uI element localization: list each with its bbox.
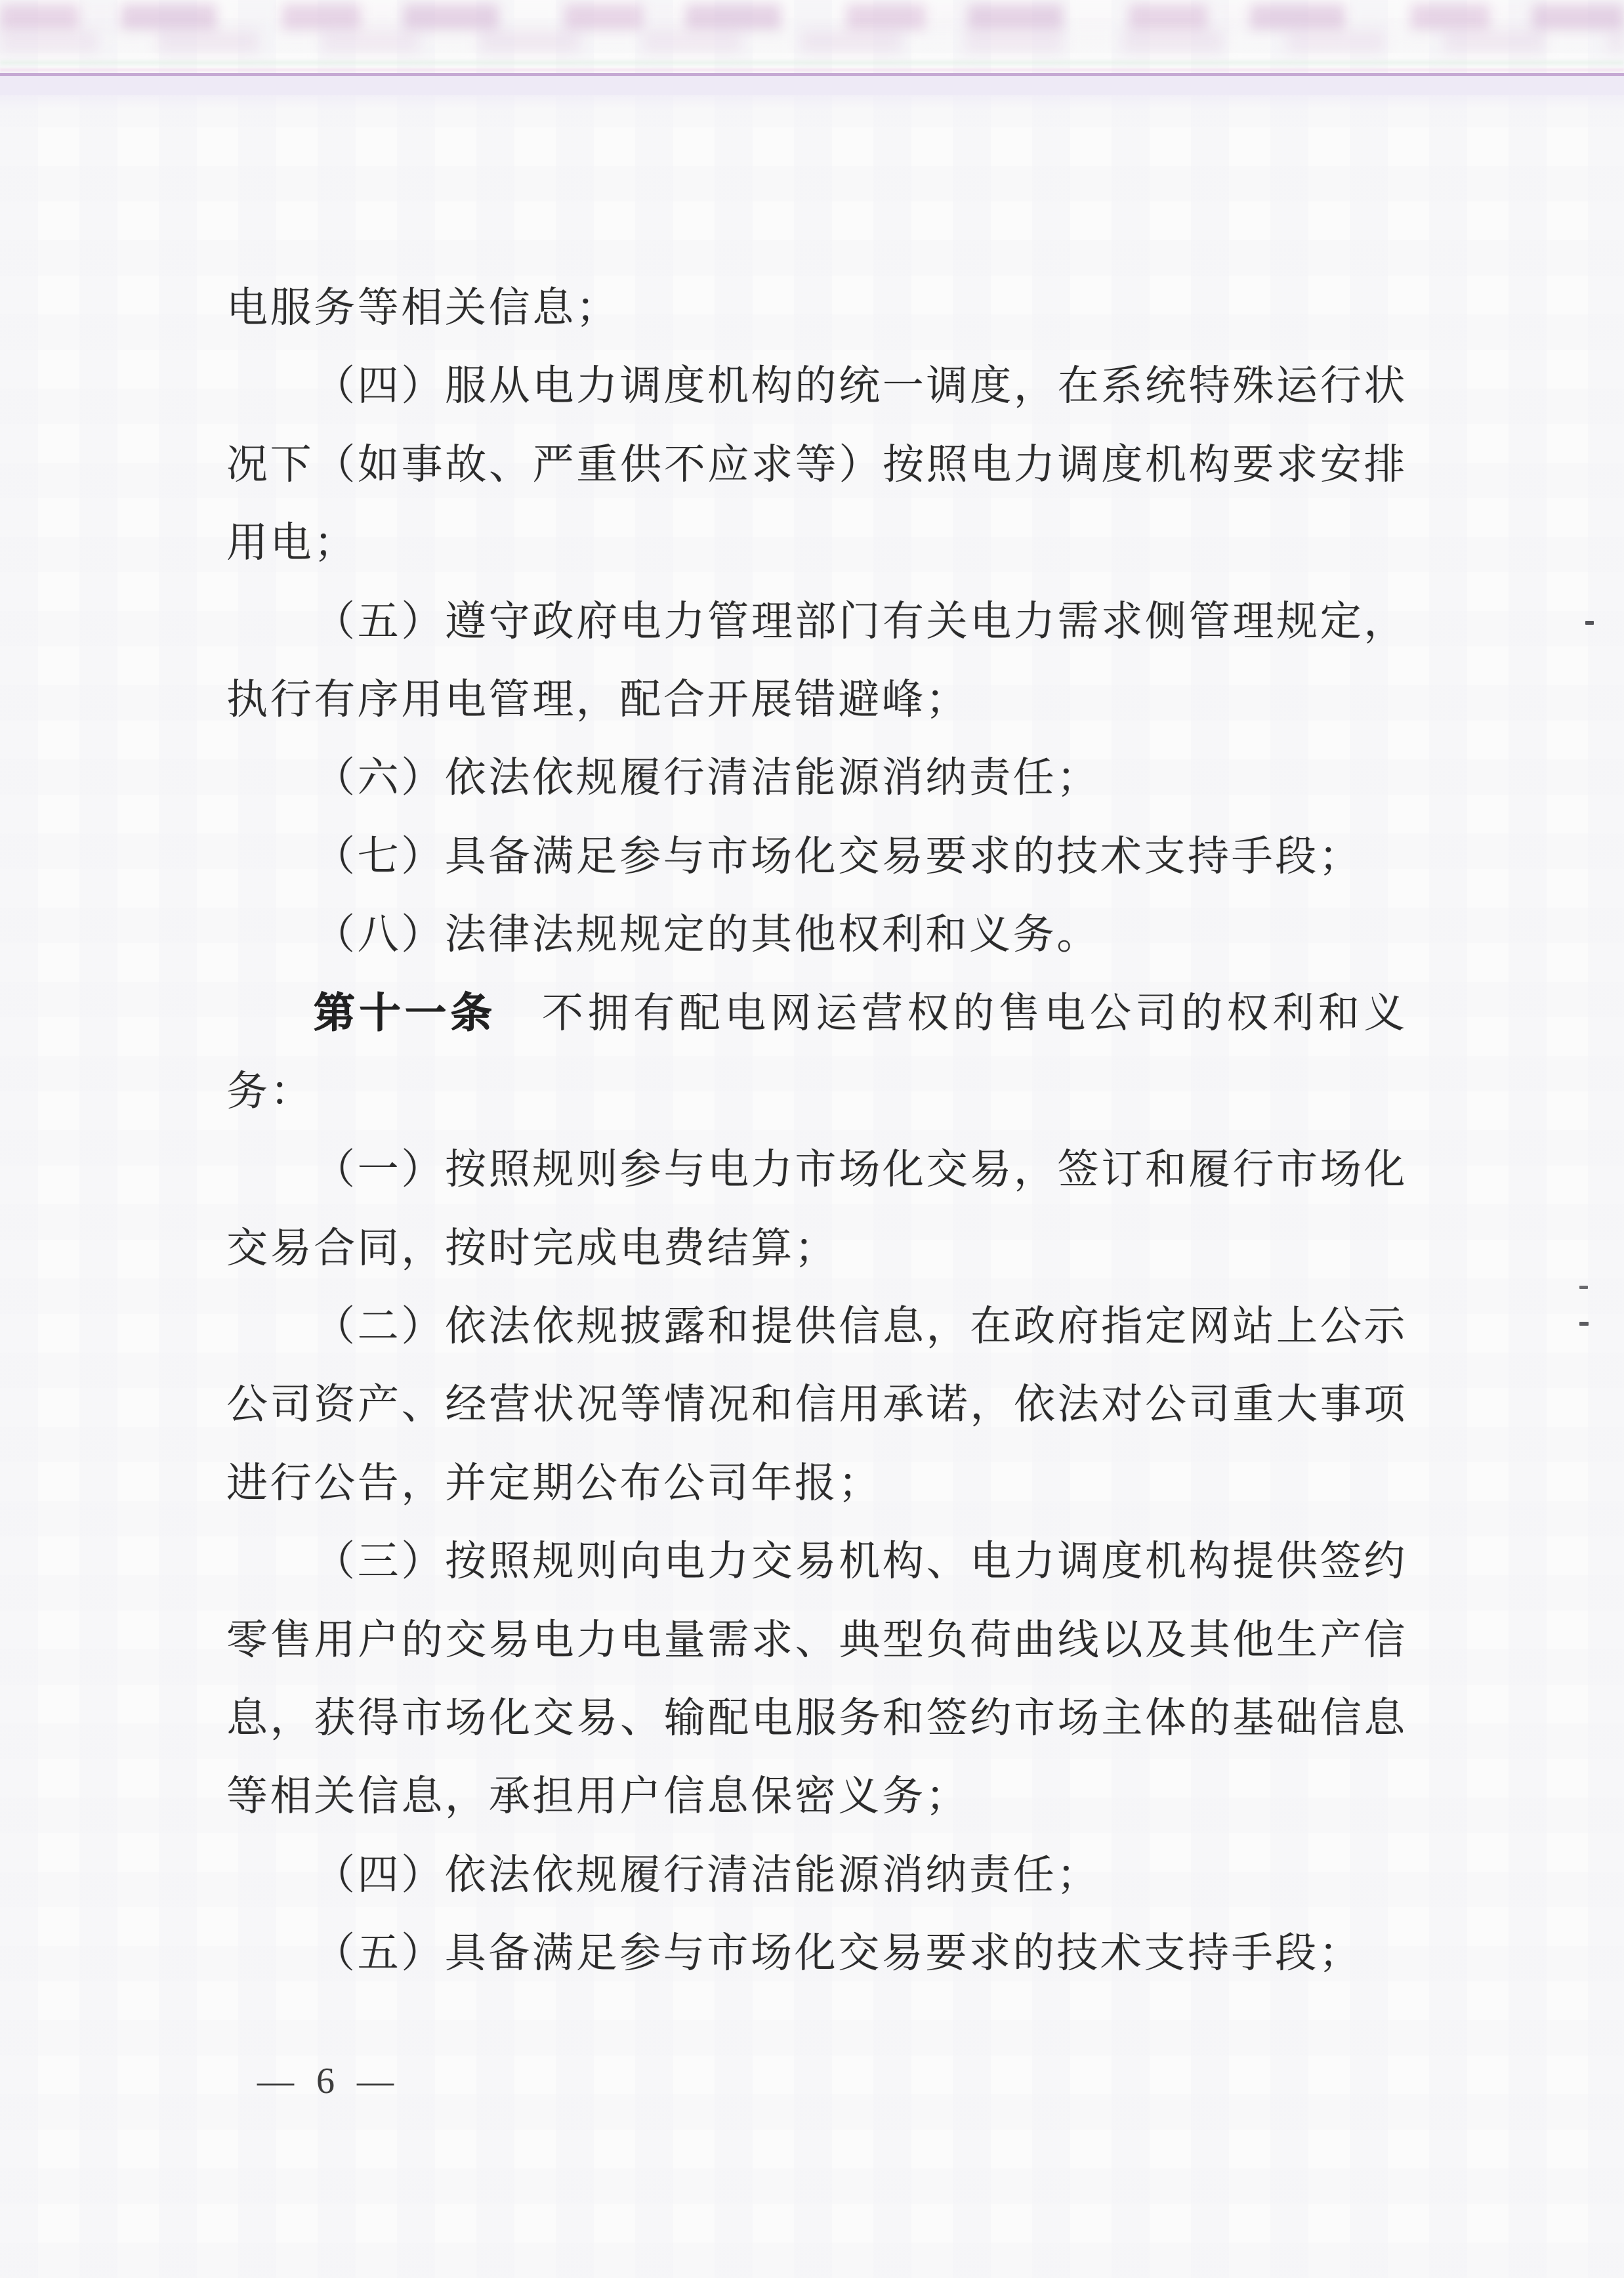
- scan-lavender-band: [0, 76, 1624, 95]
- document-line: 公司资产、经营状况等情况和信用承诺，依法对公司重大事项: [226, 1366, 1407, 1444]
- scan-speck: [1579, 1286, 1588, 1289]
- document-line: （四）依法依规履行清洁能源消纳责任；: [226, 1836, 1407, 1914]
- scan-artifact-pink-line: [0, 68, 1624, 72]
- document-line: 进行公告，并定期公布公司年报；: [226, 1445, 1407, 1523]
- scan-lavender-fade: [0, 95, 1624, 110]
- page-number: — 6 —: [257, 2042, 395, 2120]
- document-line: （六）依法依规履行清洁能源消纳责任；: [226, 739, 1407, 817]
- document-line: 况下（如事故、严重供不应求等）按照电力调度机构要求安排: [226, 426, 1407, 504]
- scan-artifact-band-top: [0, 4, 1624, 30]
- document-line: 等相关信息，承担用户信息保密义务；: [226, 1758, 1407, 1836]
- scan-artifact-green-line: [0, 60, 1624, 65]
- scan-speck: [1579, 1322, 1589, 1326]
- document-line: （七）具备满足参与市场化交易要求的技术支持手段；: [226, 818, 1407, 896]
- article-number-bold: 第十一条: [314, 990, 496, 1036]
- document-line: （一）按照规则参与电力市场化交易，签订和履行市场化: [226, 1131, 1407, 1209]
- document-line: （八）法律法规规定的其他权利和义务。: [226, 896, 1407, 974]
- document-line: 电服务等相关信息；: [226, 269, 1407, 347]
- document-line: （二）依法依规披露和提供信息，在政府指定网站上公示: [226, 1288, 1407, 1366]
- document-line: 息，获得市场化交易、输配电服务和签约市场主体的基础信息: [226, 1679, 1407, 1758]
- document-line: 第十一条 不拥有配电网运营权的售电公司的权利和义: [226, 975, 1407, 1053]
- document-line: （五）具备满足参与市场化交易要求的技术支持手段；: [226, 1914, 1407, 1993]
- text-block: 电服务等相关信息；（四）服从电力调度机构的统一调度，在系统特殊运行状况下（如事故…: [226, 269, 1407, 1993]
- document-line: 务：: [226, 1053, 1407, 1131]
- document-line: （五）遵守政府电力管理部门有关电力需求侧管理规定，: [226, 583, 1407, 661]
- document-line: 交易合同，按时完成电费结算；: [226, 1210, 1407, 1288]
- scan-artifact-band-secondary: [0, 30, 1624, 53]
- document-line: （三）按照规则向电力交易机构、电力调度机构提供签约: [226, 1523, 1407, 1601]
- document-line: 用电；: [226, 504, 1407, 582]
- document-line: 执行有序用电管理，配合开展错避峰；: [226, 661, 1407, 739]
- scan-speck: [1585, 621, 1594, 625]
- document-line: （四）服从电力调度机构的统一调度，在系统特殊运行状: [226, 347, 1407, 425]
- scanned-document-page: 电服务等相关信息；（四）服从电力调度机构的统一调度，在系统特殊运行状况下（如事故…: [0, 0, 1624, 2278]
- document-line: 零售用户的交易电力电量需求、典型负荷曲线以及其他生产信: [226, 1601, 1407, 1679]
